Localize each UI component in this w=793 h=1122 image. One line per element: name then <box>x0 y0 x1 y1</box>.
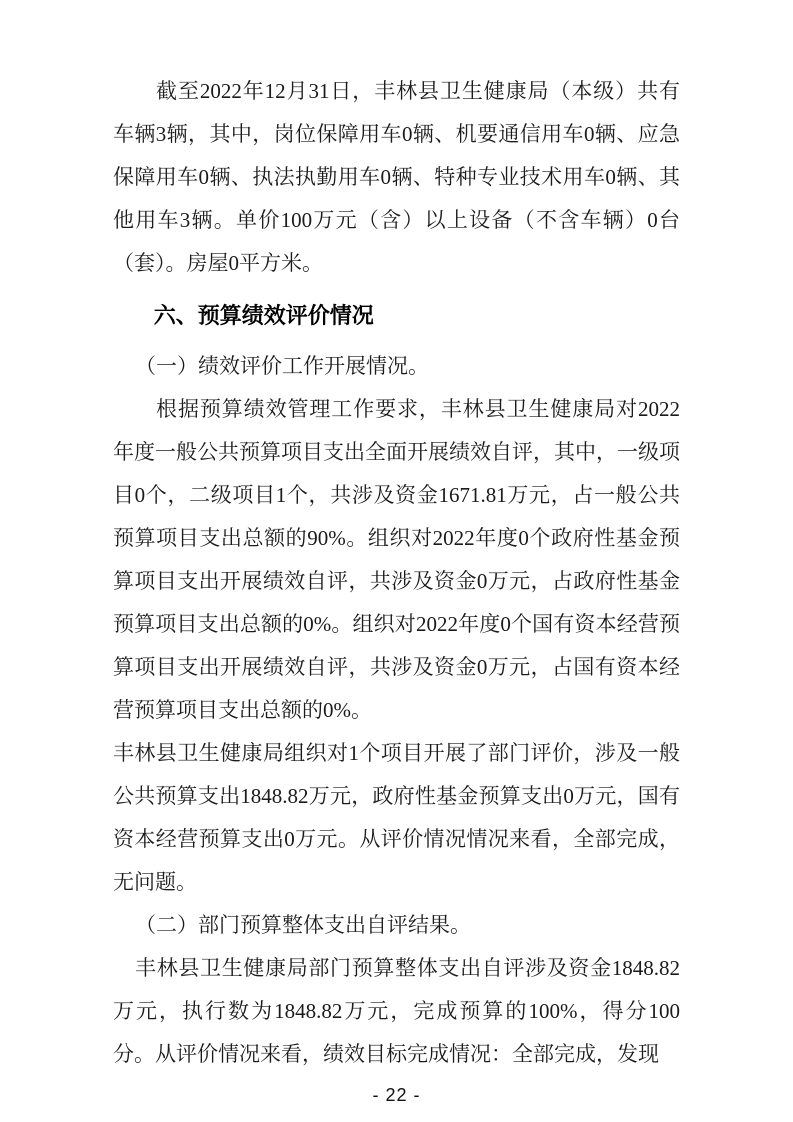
subsection-heading-overall-result: （二）部门预算整体支出自评结果。 <box>113 904 680 947</box>
section-heading-budget-performance: 六、预算绩效评价情况 <box>113 294 680 337</box>
page-number: - 22 - <box>0 1085 793 1106</box>
document-body: 截至2022年12月31日，丰林县卫生健康局（本级）共有车辆3辆，其中，岗位保障… <box>113 70 680 1076</box>
paragraph-overall-result: 丰林县卫生健康局部门预算整体支出自评涉及资金1848.82万元，执行数为1848… <box>113 947 680 1076</box>
paragraph-self-evaluation: 根据预算绩效管理工作要求，丰林县卫生健康局对2022年度一般公共预算项目支出全面… <box>113 388 680 732</box>
paragraph-assets-summary: 截至2022年12月31日，丰林县卫生健康局（本级）共有车辆3辆，其中，岗位保障… <box>113 70 680 285</box>
paragraph-department-evaluation: 丰林县卫生健康局组织对1个项目开展了部门评价，涉及一般公共预算支出1848.82… <box>113 732 680 904</box>
subsection-heading-evaluation-work: （一）绩效评价工作开展情况。 <box>113 345 680 388</box>
document-page: 截至2022年12月31日，丰林县卫生健康局（本级）共有车辆3辆，其中，岗位保障… <box>0 0 793 1122</box>
